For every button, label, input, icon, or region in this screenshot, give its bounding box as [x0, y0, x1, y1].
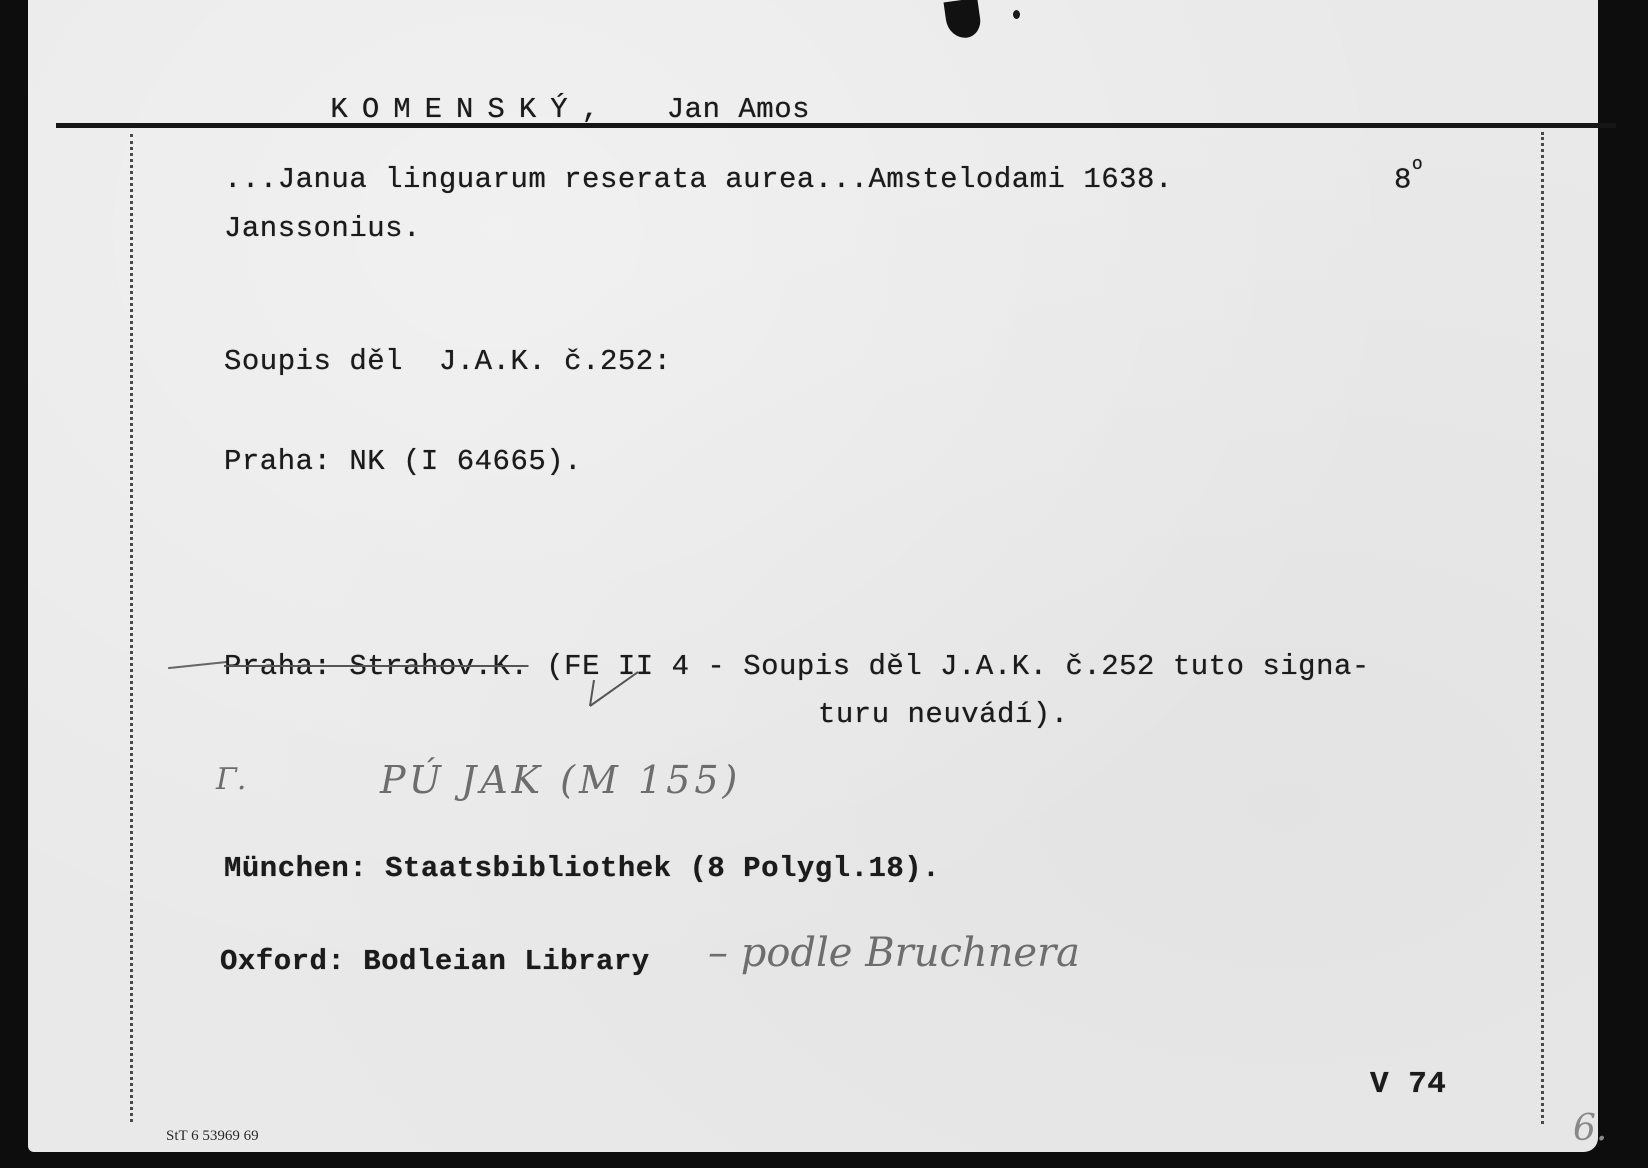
- strahov-note-line-2: turu neuvádí).: [818, 698, 1069, 731]
- ink-speck: [1013, 10, 1020, 19]
- shelf-mark: V 74: [1370, 1067, 1446, 1102]
- holding-praha-nk: Praha: NK (I 64665).: [224, 445, 582, 478]
- card-heading: KOMENSKÝ, Jan Amos: [223, 60, 810, 159]
- handwritten-pu-note: PÚ JAK (M 155): [380, 758, 741, 802]
- heading-rule: [56, 123, 1616, 128]
- holding-praha-strahov: Praha: Strahov.K. (FE II 4 - Soupis děl …: [224, 650, 1370, 683]
- handwritten-corner-number: 6.: [1573, 1108, 1607, 1149]
- holding-munchen: München: Staatsbibliothek (8 Polygl.18).: [224, 852, 940, 885]
- left-margin-dotted-line: [130, 134, 133, 1122]
- right-margin-dotted-line: [1541, 132, 1544, 1124]
- handwritten-margin-mark: Γ.: [216, 762, 246, 797]
- bibliography-reference: Soupis děl J.A.K. č.252:: [224, 345, 672, 378]
- author-surname: KOMENSKÝ,: [330, 93, 613, 126]
- title-line-2: Janssonius.: [224, 212, 421, 245]
- format-degree: o: [1412, 155, 1423, 175]
- title-line-1: ...Janua linguarum reserata aurea...Amst…: [224, 163, 1173, 196]
- struck-location: Praha: Strahov.K.: [224, 650, 528, 683]
- scanned-catalog-card: KOMENSKÝ, Jan Amos ...Janua linguarum re…: [0, 0, 1648, 1168]
- strikethrough-tail: [168, 661, 228, 669]
- format-number: 8: [1394, 164, 1412, 197]
- catalog-card: KOMENSKÝ, Jan Amos ...Janua linguarum re…: [28, 0, 1598, 1152]
- book-format: 8o: [1394, 163, 1423, 197]
- holding-oxford: Oxford: Bodleian Library: [220, 945, 650, 978]
- author-given-names: Jan Amos: [667, 93, 810, 126]
- handwritten-check-icon: [588, 668, 642, 708]
- strahov-note-line-1: (FE II 4 - Soupis děl J.A.K. č.252 tuto …: [528, 650, 1369, 683]
- printer-mark: StT 6 53969 69: [166, 1128, 259, 1145]
- handwritten-oxford-note: – podle Bruchnera: [708, 930, 1080, 976]
- ink-blot: [944, 0, 983, 40]
